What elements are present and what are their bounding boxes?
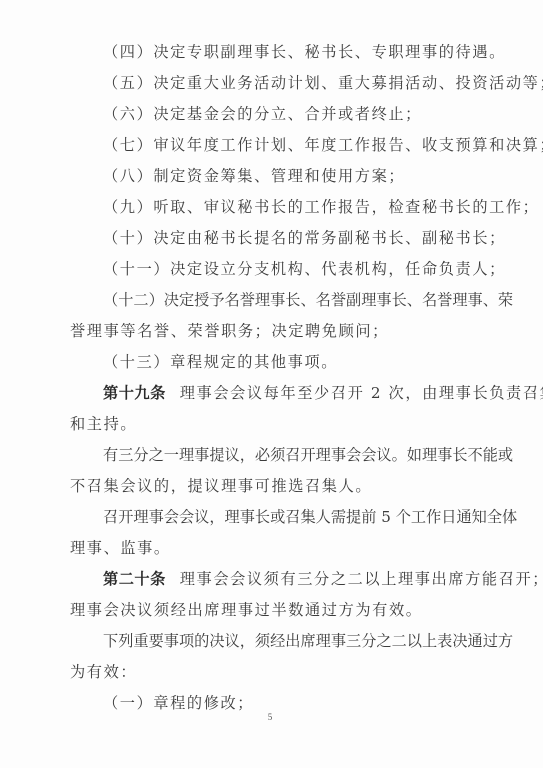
- list-item-11: （十一）决定设立分支机构、代表机构，任命负责人；: [103, 257, 472, 281]
- article-20-heading: 第二十条: [103, 570, 166, 588]
- list-item-7: （七）审议年度工作计划、年度工作报告、收支预算和决算；: [103, 133, 472, 157]
- list-item-6: （六）决定基金会的分立、合并或者终止；: [103, 102, 472, 126]
- paragraph-proposal-continued: 不召集会议的，提议理事可推选召集人。: [70, 474, 472, 498]
- paragraph-notice: 召开理事会会议，理事长或召集人需提前 5 个工作日通知全体: [103, 505, 472, 529]
- document-page: （四）决定专职副理事长、秘书长、专职理事的待遇。 （五）决定重大业务活动计划、重…: [0, 0, 543, 768]
- paragraph-important-matters-continued: 为有效：: [70, 660, 472, 684]
- paragraph-proposal: 有三分之一理事提议，必须召开理事会会议。如理事长不能或: [103, 443, 472, 467]
- page-number: 5: [262, 712, 278, 722]
- list-item-12: （十二）决定授予名誉理事长、名誉副理事长、名誉理事、荣: [103, 288, 472, 312]
- list-item-13: （十三）章程规定的其他事项。: [103, 350, 472, 374]
- article-20-text: 理事会会议须有三分之二以上理事出席方能召开；: [180, 570, 543, 588]
- article-19-continued: 和主持。: [70, 412, 472, 436]
- list-item-5: （五）决定重大业务活动计划、重大募捐活动、投资活动等；: [103, 71, 472, 95]
- article-19-heading: 第十九条: [103, 384, 166, 402]
- list-item-12-continued: 誉理事等名誉、荣誉职务；决定聘免顾问；: [70, 319, 472, 343]
- paragraph-notice-continued: 理事、监事。: [70, 536, 472, 560]
- article-20-continued: 理事会决议须经出席理事过半数通过方为有效。: [70, 598, 472, 622]
- list-item-10: （十）决定由秘书长提名的常务副秘书长、副秘书长；: [103, 226, 472, 250]
- list-item-9: （九）听取、审议秘书长的工作报告，检查秘书长的工作；: [103, 195, 472, 219]
- article-19-paragraph: 第十九条理事会会议每年至少召开 2 次，由理事长负责召集: [103, 381, 472, 405]
- paragraph-important-matters: 下列重要事项的决议，须经出席理事三分之二以上表决通过方: [103, 629, 472, 653]
- list-item-4: （四）决定专职副理事长、秘书长、专职理事的待遇。: [103, 40, 472, 64]
- list-item-8: （八）制定资金筹集、管理和使用方案；: [103, 164, 472, 188]
- article-20-paragraph: 第二十条理事会会议须有三分之二以上理事出席方能召开；: [103, 567, 472, 591]
- article-19-text: 理事会会议每年至少召开 2 次，由理事长负责召集: [180, 384, 543, 402]
- list-item-1: （一）章程的修改；: [103, 691, 472, 715]
